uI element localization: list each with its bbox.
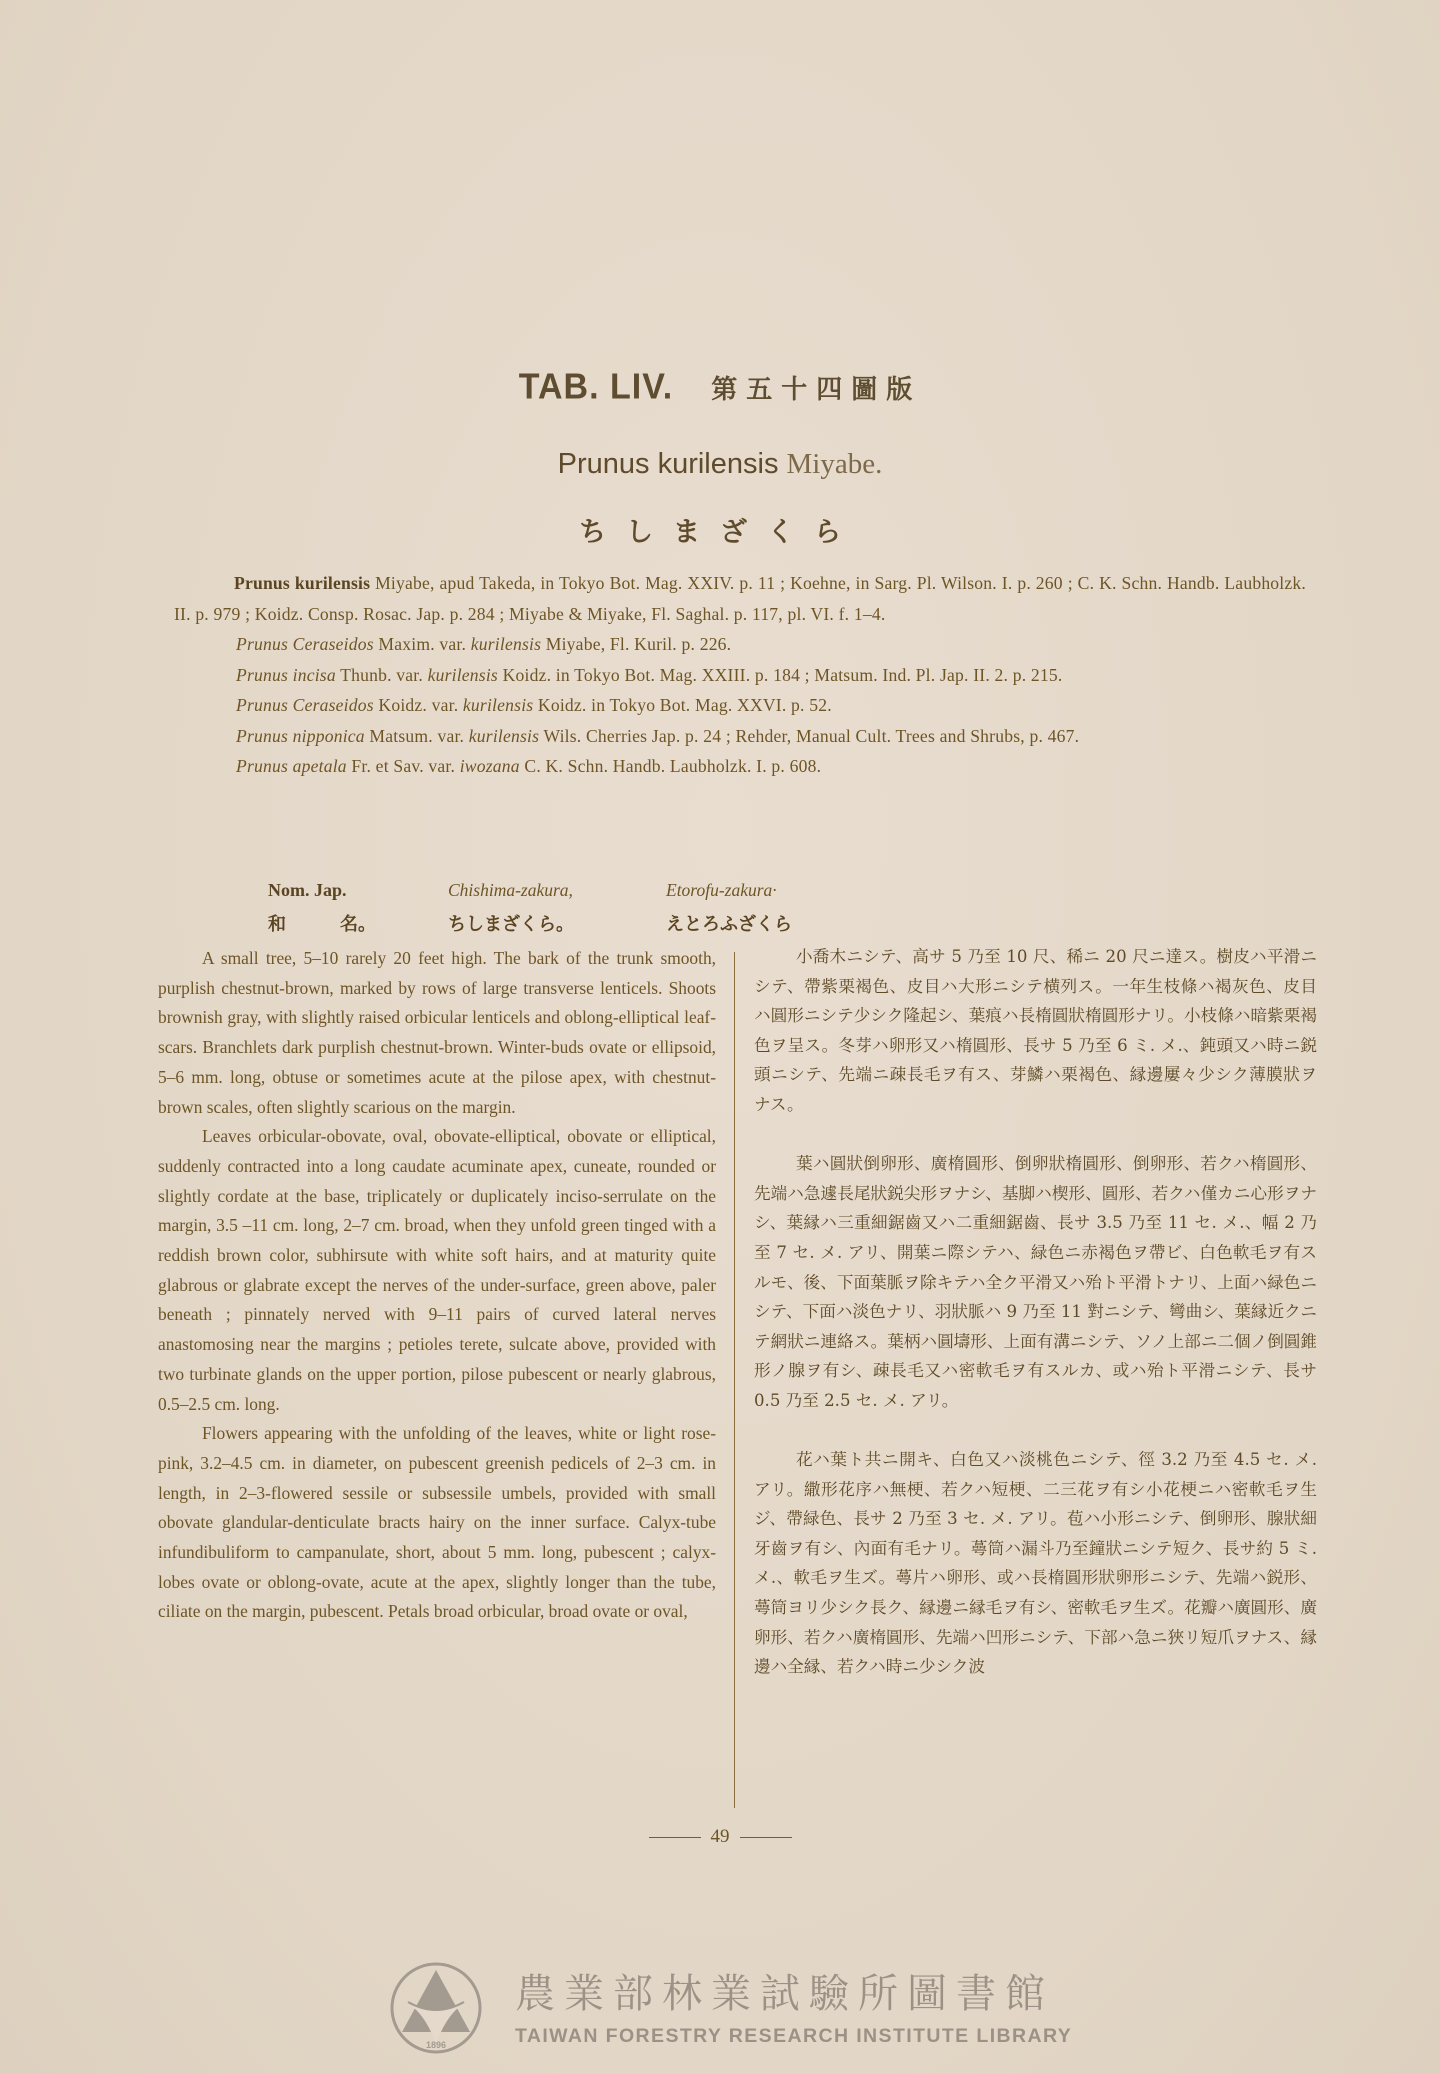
nom-romaji-2: Etorofu-zakura· xyxy=(666,880,777,901)
synonym-entry: Prunus Ceraseidos Maxim. var. kurilensis… xyxy=(174,629,1306,660)
description-english: A small tree, 5–10 rarely 20 feet high. … xyxy=(158,944,716,1627)
description-japanese: 小喬木ニシテ、高サ 5 乃至 10 尺、稀ニ 20 尺ニ達ス。樹皮ハ平滑ニシテ、… xyxy=(754,942,1317,1711)
nom-kana-1: ちしまざくら。 xyxy=(448,910,574,936)
plate-label: TAB. LIV. xyxy=(519,367,673,408)
japanese-name-kana: ちしまざくら xyxy=(0,510,1440,549)
page-number-dash xyxy=(740,1837,792,1839)
description-bark: A small tree, 5–10 rarely 20 feet high. … xyxy=(158,944,716,1122)
synonym-main: Prunus kurilensis Miyabe, apud Takeda, i… xyxy=(174,568,1306,629)
plate-heading: TAB. LIV. 第五十四圖版 xyxy=(0,368,1440,407)
column-divider xyxy=(734,952,735,1808)
nom-kana-2: えとろふざくら xyxy=(666,910,792,936)
description-jp-flowers: 花ハ葉ト共ニ開キ、白色又ハ淡桃色ニシテ、徑 3.2 乃至 4.5 セ. メ. ア… xyxy=(754,1445,1317,1682)
description-jp-bark: 小喬木ニシテ、高サ 5 乃至 10 尺、稀ニ 20 尺ニ達ス。樹皮ハ平滑ニシテ、… xyxy=(754,942,1317,1120)
synonym-entry: Prunus apetala Fr. et Sav. var. iwozana … xyxy=(174,751,1306,782)
synonym-entry: Prunus Ceraseidos Koidz. var. kurilensis… xyxy=(174,690,1306,721)
species-name: Prunus kurilensis xyxy=(558,448,779,480)
description-leaves: Leaves orbicular-obovate, oval, obovate-… xyxy=(158,1122,716,1419)
plate-label-jp: 第五十四圖版 xyxy=(711,369,921,406)
library-name-zh: 農業部林業試驗所圖書館 xyxy=(515,1962,1054,2019)
nom-label-en: Nom. Jap. xyxy=(268,880,347,901)
species-title: Prunus kurilensis Miyabe. xyxy=(0,448,1440,481)
synonymy: Prunus kurilensis Miyabe, apud Takeda, i… xyxy=(174,568,1306,782)
description-jp-leaves: 葉ハ圓狀倒卵形、廣楕圓形、倒卵狀楕圓形、倒卵形、若クハ楕圓形、先端ハ急遽長尾狀鋭… xyxy=(754,1149,1317,1415)
nomenclature: Nom. Jap. 和 名。 Chishima-zakura, Etorofu-… xyxy=(0,880,1440,940)
synonym-main-name: Prunus kurilensis xyxy=(234,573,370,593)
library-name-en: TAIWAN FORESTRY RESEARCH INSTITUTE LIBRA… xyxy=(515,2025,1072,2048)
species-author: Miyabe. xyxy=(787,448,883,480)
synonym-entry: Prunus nipponica Matsum. var. kurilensis… xyxy=(174,721,1306,752)
library-logo-icon: 1896 xyxy=(378,1948,494,2064)
synonym-entry: Prunus incisa Thunb. var. kurilensis Koi… xyxy=(174,660,1306,691)
page-number-dash xyxy=(649,1837,701,1839)
svg-text:1896: 1896 xyxy=(426,2040,446,2050)
nom-label-jp-1: 和 xyxy=(268,910,286,936)
nom-label-jp-2: 名。 xyxy=(340,910,376,936)
page-number: 49 xyxy=(0,1826,1440,1848)
nom-romaji-1: Chishima-zakura, xyxy=(448,880,573,901)
description-flowers: Flowers appearing with the unfolding of … xyxy=(158,1419,716,1627)
